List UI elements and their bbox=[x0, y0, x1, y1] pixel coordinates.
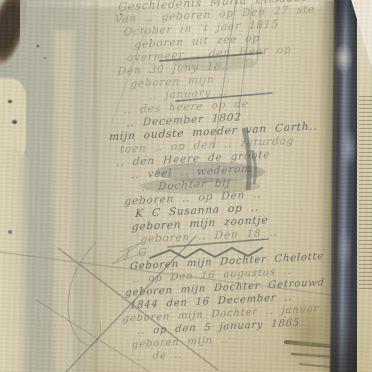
vertical-cream-streak bbox=[54, 30, 74, 372]
old-book-page-photo: Geschiedenis Maria Elisabet Van .. gebor… bbox=[0, 0, 372, 372]
torn-paper-edge-lower bbox=[0, 148, 30, 372]
tiny-print-text-fragment bbox=[359, 96, 372, 292]
